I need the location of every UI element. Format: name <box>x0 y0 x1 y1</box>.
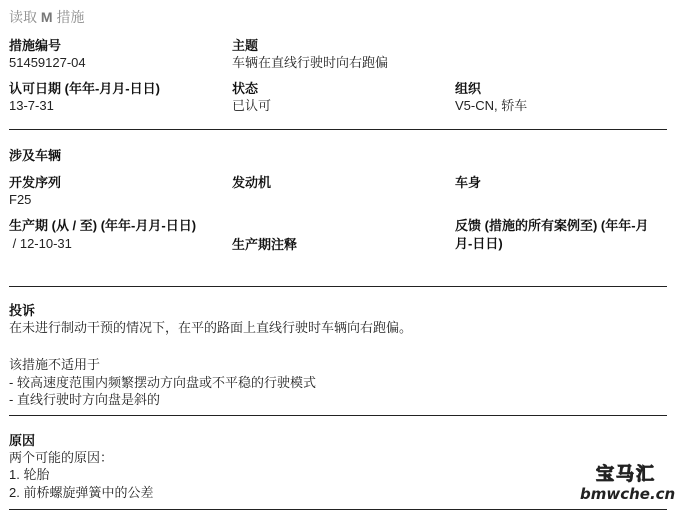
not-applicable-item: - 较高速度范围内频繁摆动方向盘或不平稳的行驶模式 <box>9 375 316 391</box>
body-label: 车身 <box>455 175 481 191</box>
cause-item: 1. 轮胎 <box>9 467 49 483</box>
production-note-label: 生产期注释 <box>232 237 297 253</box>
vehicles-section-title: 涉及车辆 <box>9 148 61 164</box>
title-bold: M <box>41 9 53 25</box>
divider <box>9 415 667 416</box>
title-prefix: 读取 <box>9 9 37 25</box>
feedback-label-line1: 反馈 (措施的所有案例至) (年年-月 <box>455 218 649 234</box>
cause-intro: 两个可能的原因： <box>9 450 113 466</box>
production-value: / 12-10-31 <box>9 236 72 252</box>
org-value: V5-CN, 轿车 <box>455 98 527 114</box>
org-label: 组织 <box>455 81 481 97</box>
status-value: 已认可 <box>232 98 271 114</box>
not-applicable-title: 该措施不适用于 <box>9 357 100 373</box>
watermark-en: bmwche.cn <box>580 485 672 503</box>
approval-date-label: 认可日期 (年年-月月-日日) <box>9 81 160 97</box>
measure-no-value: 51459127-04 <box>9 55 86 71</box>
feedback-label-line2: 月-日日) <box>455 236 503 252</box>
approval-date-value: 13-7-31 <box>9 98 54 114</box>
divider <box>9 286 667 287</box>
engine-label: 发动机 <box>232 175 271 191</box>
measure-no-label: 措施编号 <box>9 38 61 54</box>
subject-label: 主题 <box>232 38 258 54</box>
page-title: 读取 M 措施 <box>9 9 84 25</box>
status-label: 状态 <box>232 81 258 97</box>
complaint-text: 在未进行制动干预的情况下，在平的路面上直线行驶时车辆向右跑偏。 <box>9 320 412 336</box>
complaint-title: 投诉 <box>9 303 35 319</box>
divider <box>9 129 667 130</box>
series-label: 开发序列 <box>9 175 61 191</box>
series-value: F25 <box>9 192 31 208</box>
production-label: 生产期 (从 / 至) (年年-月月-日日) <box>9 218 196 234</box>
divider <box>9 509 667 510</box>
not-applicable-item: - 直线行驶时方向盘是斜的 <box>9 392 160 408</box>
watermark: 宝马汇 bmwche.cn <box>580 465 672 503</box>
watermark-cn: 宝马汇 <box>580 465 672 485</box>
cause-title: 原因 <box>9 433 35 449</box>
title-suffix: 措施 <box>56 9 84 25</box>
subject-value: 车辆在直线行驶时向右跑偏 <box>232 55 388 71</box>
cause-item: 2. 前桥螺旋弹簧中的公差 <box>9 485 153 501</box>
